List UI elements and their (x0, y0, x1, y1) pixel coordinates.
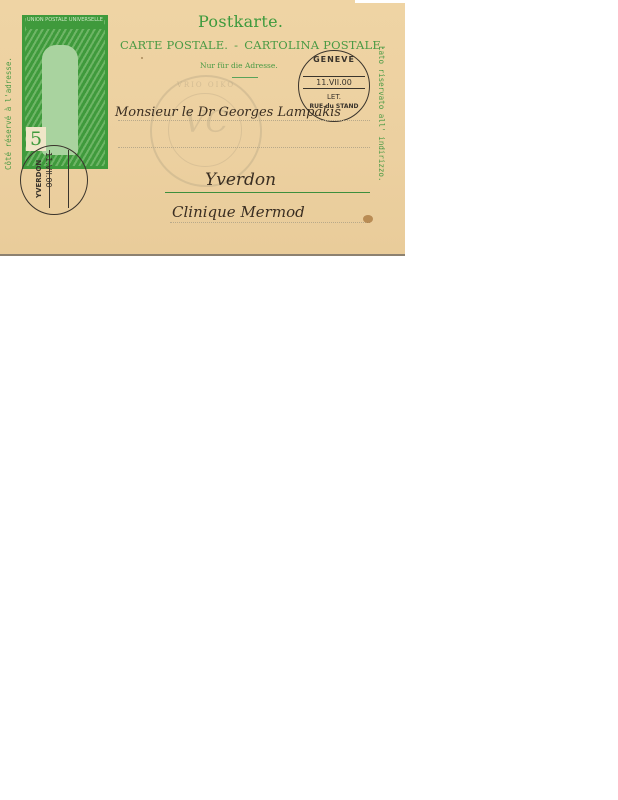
postmark-yverdon: 11.VII.00 YVERDON (20, 145, 88, 215)
right-vertical-text: Lato riservato all' indirizzo. (377, 46, 386, 181)
subtitle-italian: CARTOLINA POSTALE. (244, 38, 385, 52)
address-line-rule-3 (165, 192, 370, 193)
address-line-rule-2 (118, 147, 370, 148)
address-line-rule-4 (170, 222, 370, 223)
recipient-institution: Clinique Mermod (172, 203, 305, 221)
torn-corner (355, 0, 410, 3)
paper-speck (141, 57, 143, 59)
postmark-yverdon-date: 11.VII.00 (44, 152, 53, 188)
ink-stain (363, 215, 373, 223)
title-rule (232, 77, 258, 78)
postmark-geneve-office: LET. (299, 93, 369, 101)
subtitle-french: CARTE POSTALE. (120, 38, 228, 52)
postmark-yverdon-town: YVERDON (35, 160, 43, 198)
stamp-banner: UNION POSTALE UNIVERSELLE (26, 17, 104, 29)
seal-text: VRIO OIKO (152, 81, 260, 89)
left-vertical-text: Côté réservé à l'adresse. (4, 57, 13, 170)
postmark-geneve-town: GENEVE (299, 55, 369, 64)
postcard-subtitle: CARTE POSTALE.-CARTOLINA POSTALE. (120, 38, 385, 52)
stamp-figure-helvetia (42, 45, 78, 155)
postmark-geneve-date: 11.VII.00 (303, 76, 365, 89)
postcard-title: Postkarte. (198, 12, 283, 31)
postcard: Postkarte. CARTE POSTALE.-CARTOLINA POST… (0, 0, 405, 256)
address-line-rule-1 (118, 120, 370, 121)
recipient-name: Monsieur le Dr Georges Lampakis (115, 105, 341, 120)
address-note: Nur für die Adresse. (200, 61, 278, 70)
subtitle-separator: - (234, 38, 238, 52)
recipient-town: Yverdon (205, 170, 276, 190)
